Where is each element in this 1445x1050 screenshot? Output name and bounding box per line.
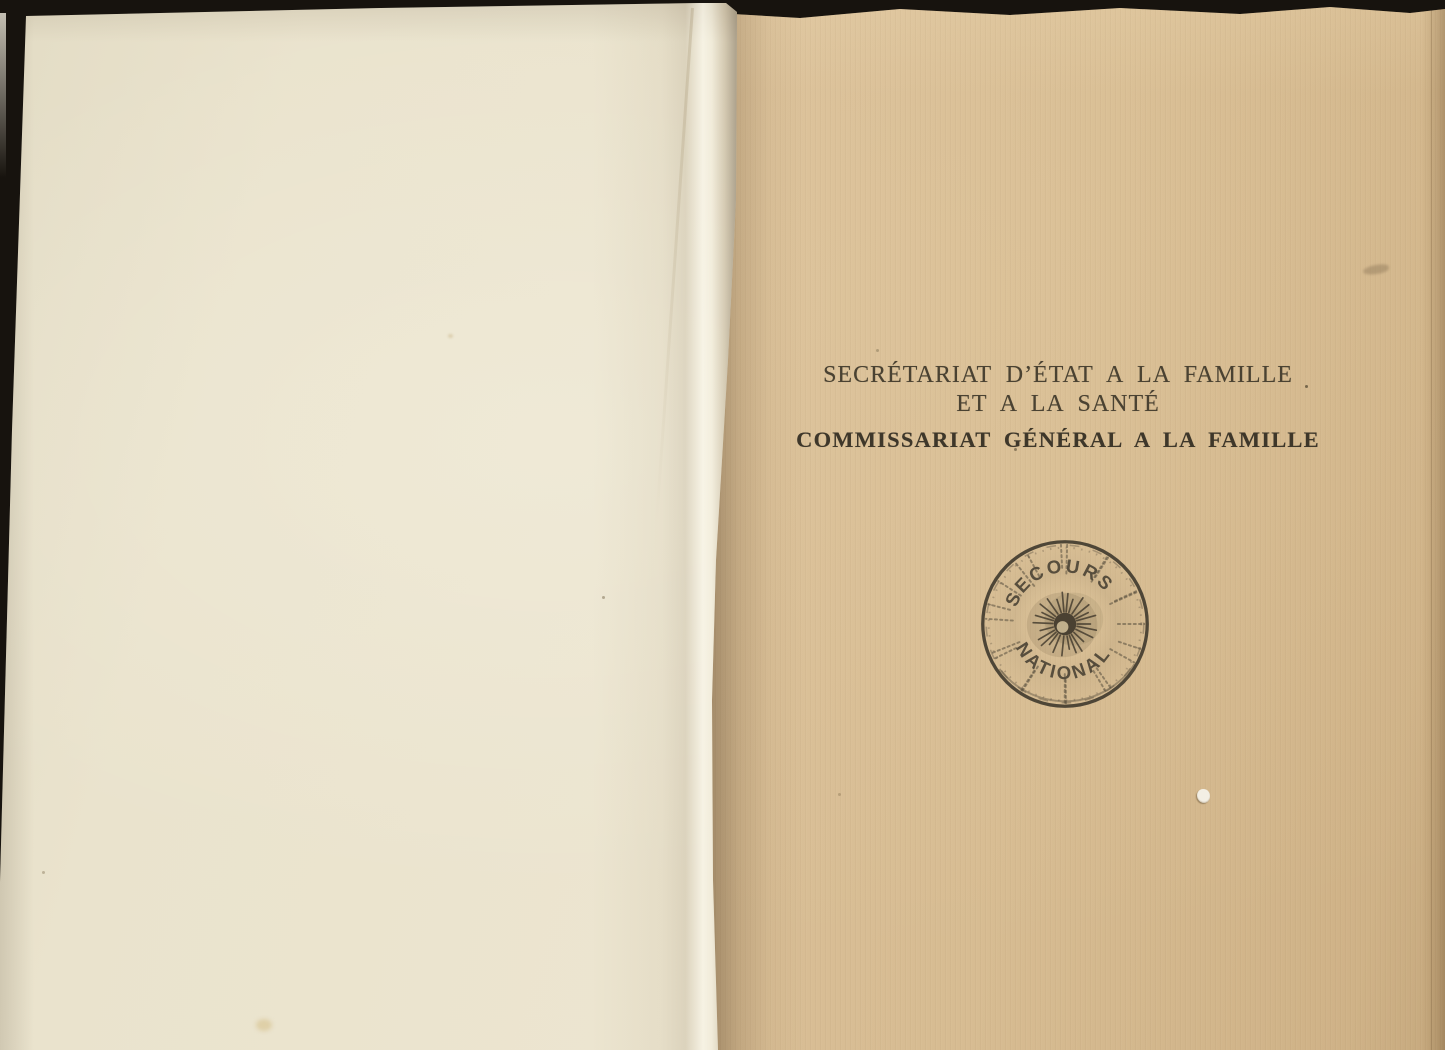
paper-speck: [1014, 448, 1017, 451]
sun-core-highlight: [1057, 621, 1069, 633]
paper-hole: [1197, 789, 1210, 803]
right-page-edge-line: [1431, 0, 1432, 1050]
paper-speck: [448, 334, 453, 338]
paper-speck: [838, 793, 841, 796]
paper-speck: [876, 349, 879, 352]
left-edge-sliver: [0, 13, 6, 178]
paper-speck: [602, 596, 605, 599]
secours-national-stamp: SECOURS NATIONAL: [972, 531, 1158, 717]
paper-speck: [42, 871, 45, 874]
paper-stain: [256, 1019, 272, 1031]
open-book-scan: SECRÉTARIAT D’ÉTAT A LA FAMILLE ET A LA …: [0, 0, 1445, 1050]
right-page-edge-shading: [1421, 0, 1445, 1050]
paper-speck: [1305, 385, 1308, 388]
